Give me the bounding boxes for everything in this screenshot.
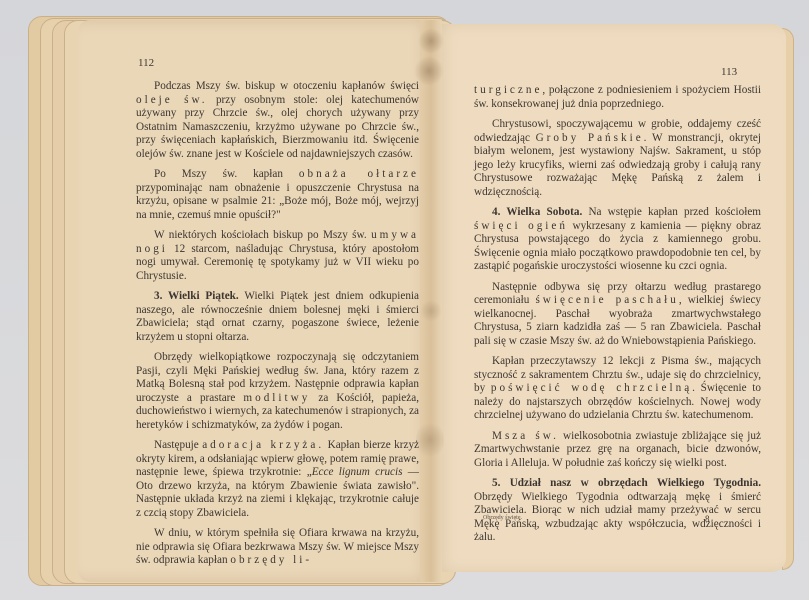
paragraph: Kapłan przeczytawszy 12 lekcji z Pisma ś…	[474, 355, 761, 423]
text-run: przypominając nam obnażenie i opuszczeni…	[136, 182, 419, 221]
spaced-emphasis: turgiczne	[474, 84, 542, 96]
spaced-emphasis: poświęcić wodę chrzcielną	[491, 382, 692, 394]
spaced-emphasis: obnaża ołtarze	[299, 168, 419, 180]
stain	[416, 420, 444, 460]
spaced-emphasis: święci ogień	[474, 220, 568, 232]
spaced-emphasis: Groby Pańskie	[536, 132, 644, 144]
paragraph: 3. Wielki Piątek. Wielki Piątek jest dni…	[136, 290, 419, 344]
left-page-text: Podczas Mszy św. biskup w otoczeniu kapł…	[136, 80, 419, 575]
text-run: W niektórych kościołach biskup po Mszy ś…	[154, 229, 371, 241]
paragraph: W dniu, w którym spełniła się Ofiara krw…	[136, 527, 419, 568]
footer-sheet-number: 8	[705, 514, 710, 524]
paragraph: Msza św. wielkosobotnia zwiastuje zbliża…	[474, 430, 761, 471]
paragraph: W niektórych kościołach biskup po Mszy ś…	[136, 229, 419, 283]
spaced-emphasis: oleje św.	[136, 94, 208, 106]
paragraph: Chrystusowi, spoczywającemu w grobie, od…	[474, 118, 761, 199]
paragraph: Podczas Mszy św. biskup w otoczeniu kapł…	[136, 80, 419, 161]
left-page-number: 112	[138, 57, 154, 69]
section-heading: 5. Udział nasz w obrzędach Wielkiego Tyg…	[492, 477, 761, 489]
paragraph: 4. Wielka Sobota. Na wstępie kapłan prze…	[474, 206, 761, 274]
spaced-emphasis: modlitwy	[243, 392, 310, 404]
text-run: Podczas Mszy św. biskup w otoczeniu kapł…	[154, 80, 419, 92]
right-page-number: 113	[721, 66, 737, 78]
section-heading: 3. Wielki Piątek.	[154, 290, 239, 302]
stain	[420, 300, 442, 322]
spaced-emphasis: Msza św.	[492, 430, 559, 442]
text-run: Następuje	[154, 439, 202, 451]
paragraph: turgiczne, połączone z podniesieniem i s…	[474, 84, 761, 111]
spaced-emphasis: adoracja krzyża.	[202, 439, 324, 451]
latin-quote: Ecce lignum crucis	[312, 466, 403, 478]
paragraph: Obrzędy wielkopiątkowe rozpoczynają się …	[136, 351, 419, 432]
footer-signature: Obrzędy święte.	[483, 515, 522, 521]
text-run: Na wstępie kapłan przed kościołem	[582, 206, 761, 218]
text-run: 12 starcom, naśladując Chrystusa, który …	[136, 243, 419, 282]
spaced-emphasis: obrzędy li-	[230, 554, 312, 566]
right-page-text: turgiczne, połączone z podniesieniem i s…	[474, 84, 761, 552]
paragraph: Następnie odbywa się przy ołtarzu według…	[474, 281, 761, 349]
paragraph: 5. Udział nasz w obrzędach Wielkiego Tyg…	[474, 477, 761, 545]
paragraph: Po Mszy św. kapłan obnaża ołtarze przypo…	[136, 168, 419, 222]
text-run: Po Mszy św. kapłan	[154, 168, 299, 180]
spaced-emphasis: święcenie paschału	[535, 294, 678, 306]
stain	[418, 28, 444, 54]
paragraph: Następuje adoracja krzyża. Kapłan bierze…	[136, 439, 419, 520]
section-heading: 4. Wielka Sobota.	[492, 206, 582, 218]
